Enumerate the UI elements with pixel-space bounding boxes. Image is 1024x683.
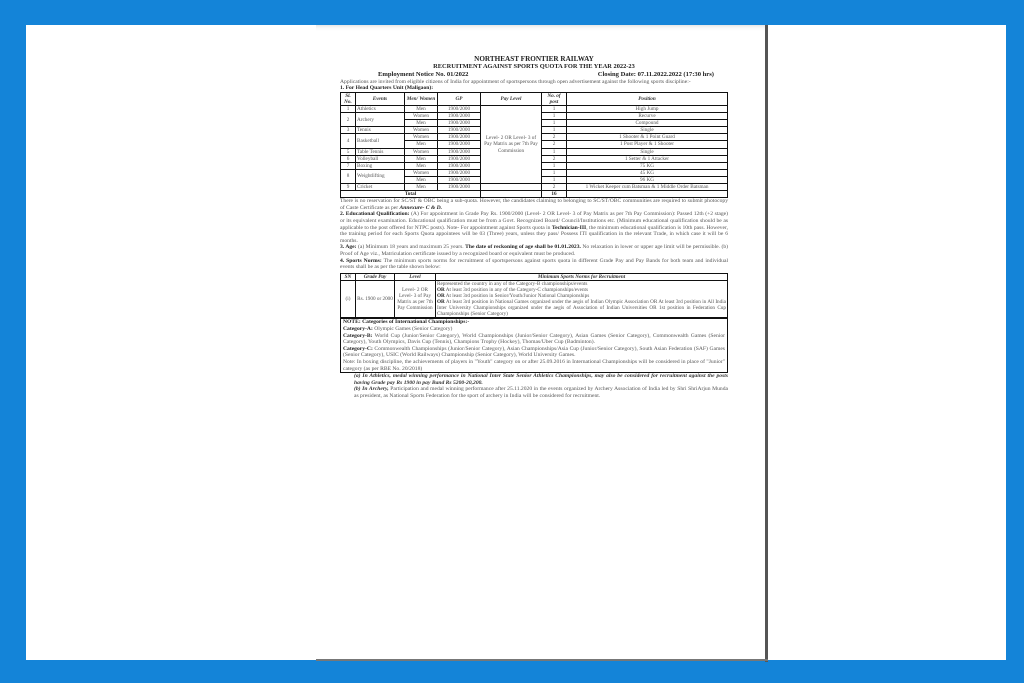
sports-norms-table: SN Grade Pay Level Minimum Sports Norms … [340, 273, 728, 319]
section-1-heading: 1. For Head Quarters Unit (Maligaon): [340, 85, 728, 92]
reservation-note: There is no reservation for SC/ST & OBC … [340, 198, 728, 211]
page-edge [765, 25, 768, 662]
table-header: Pay Level [481, 92, 542, 105]
document-content: NORTHEAST FRONTIER RAILWAY RECRUITMENT A… [340, 55, 728, 400]
recruitment-title: RECRUITMENT AGAINST SPORTS QUOTA FOR THE… [340, 63, 728, 71]
sports-norms-section: 4. Sports Norms: The minimum sports norm… [340, 258, 728, 271]
table-header: Sl. No. [341, 92, 356, 105]
page-bottom-edge [316, 659, 768, 661]
notice-line: Employment Notice No. 01/2022 Closing Da… [340, 71, 728, 79]
notice-number: Employment Notice No. 01/2022 [378, 71, 468, 79]
age-section: 3. Age: (a) Minimum 18 years and maximum… [340, 244, 728, 257]
archery-note: (b) In Archery, Participation and medal … [340, 386, 728, 399]
total-row: Total16 [341, 191, 728, 198]
categories-note-box: NOTE: Categories of International Champi… [340, 318, 728, 373]
educational-qualification: 2. Educational Qualification: (A) For ap… [340, 211, 728, 244]
table-row: 9CricketMen1900/200021 Wicket Keeper cum… [341, 184, 728, 191]
table-header: GP [438, 92, 481, 105]
athletics-note: (a) In Athletics, medal winning performa… [340, 373, 728, 386]
table-header: No. of post [542, 92, 567, 105]
closing-date: Closing Date: 07.11.2022.2022 (17:30 hrs… [598, 71, 714, 79]
table-header: Men/ Women [405, 92, 438, 105]
org-title: NORTHEAST FRONTIER RAILWAY [340, 55, 728, 63]
table-row: 1AthleticsMen1900/2000Level- 2 OR Level-… [341, 105, 728, 112]
posts-table: Sl. No.EventsMen/ WomenGPPay LevelNo. of… [340, 92, 728, 198]
table-header: Events [356, 92, 405, 105]
table-header: Position [567, 92, 728, 105]
